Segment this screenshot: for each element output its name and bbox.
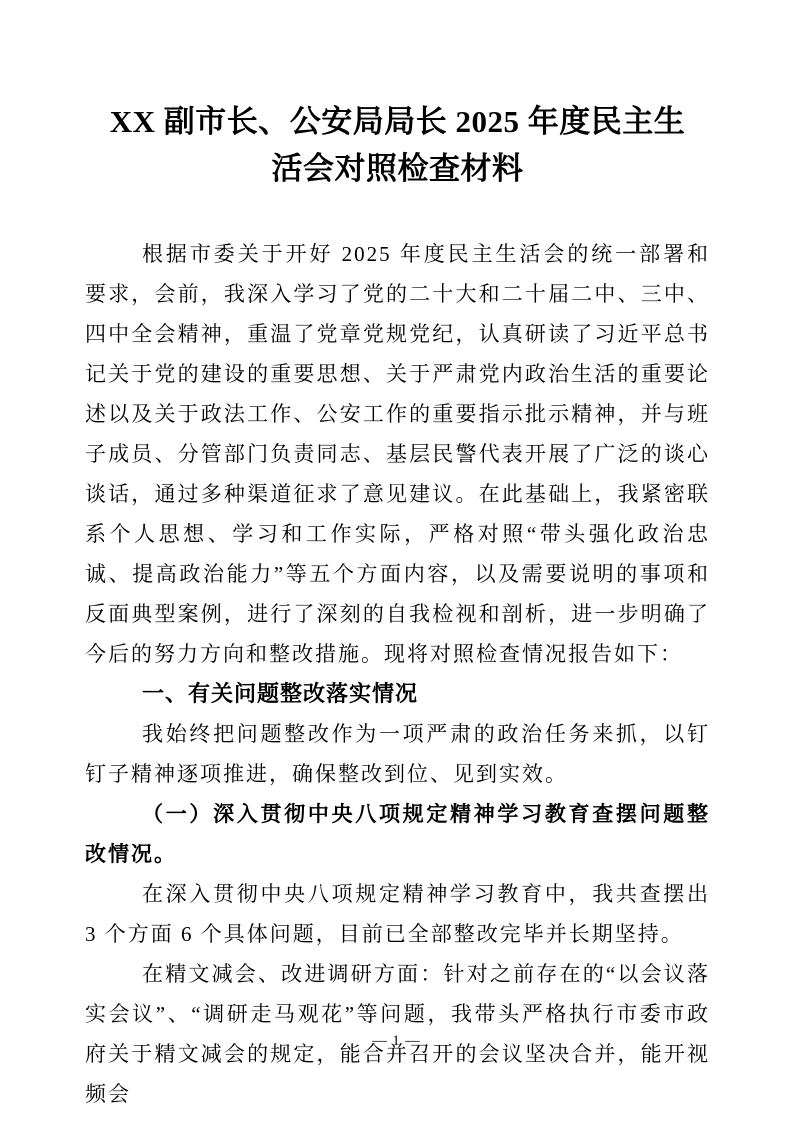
subsection-heading-eight-rules-education: （一）深入贯彻中央八项规定精神学习教育查摆问题整改情况。 <box>85 794 710 874</box>
document-title-line-1: XX 副市长、公安局局长 2025 年度民主生 <box>85 98 710 145</box>
document-body: 根据市委关于开好 2025 年度民主生活会的统一部署和要求，会前，我深入学习了党… <box>85 234 710 1114</box>
section-heading-problem-rectification: 一、有关问题整改落实情况 <box>85 674 710 714</box>
document-page: XX 副市长、公安局局长 2025 年度民主生 活会对照检查材料 根据市委关于开… <box>0 0 793 1122</box>
paragraph-problems-found: 在深入贯彻中央八项规定精神学习教育中，我共查摆出 3 个方面 6 个具体问题，目… <box>85 874 710 954</box>
paragraph-rectification-attitude: 我始终把问题整改作为一项严肃的政治任务来抓，以钉钉子精神逐项推进，确保整改到位、… <box>85 714 710 794</box>
document-title: XX 副市长、公安局局长 2025 年度民主生 活会对照检查材料 <box>85 98 710 192</box>
paragraph-introduction: 根据市委关于开好 2025 年度民主生活会的统一部署和要求，会前，我深入学习了党… <box>85 234 710 674</box>
document-title-line-2: 活会对照检查材料 <box>85 145 710 192</box>
page-number: — 1 — <box>0 1030 793 1052</box>
